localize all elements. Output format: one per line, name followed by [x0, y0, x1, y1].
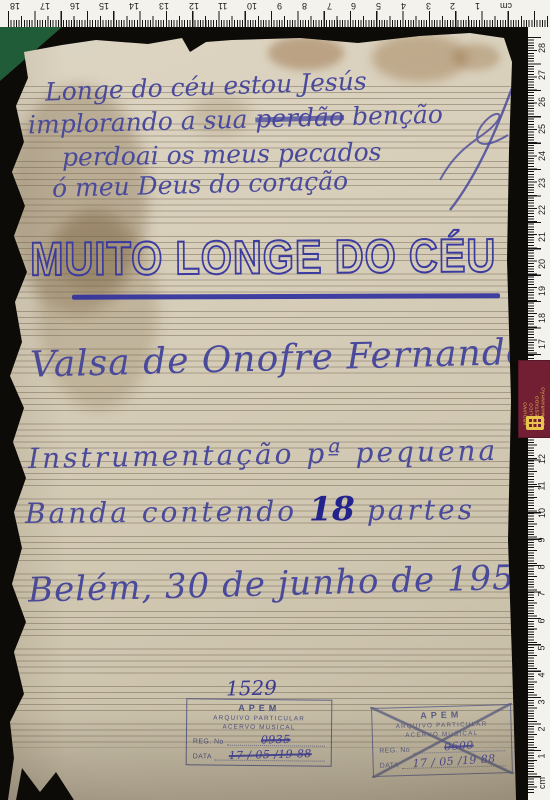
- date-label: DATA: [193, 753, 212, 760]
- stain: [452, 44, 500, 70]
- instrumentation-line-2-pre: Banda contendo: [25, 494, 309, 529]
- ruler-number: 1: [475, 1, 480, 11]
- scan-scene: Longe do céu estou Jesús implorando a su…: [0, 0, 550, 800]
- ruler-number: 2: [537, 726, 547, 731]
- ruler-number: 22: [537, 205, 547, 215]
- ruler-number: 11: [218, 1, 227, 11]
- ruler-number: 19: [537, 286, 547, 296]
- stamp-org: APEM: [193, 702, 325, 713]
- ruler-number: 14: [129, 1, 139, 11]
- ruler-number: 10: [247, 1, 257, 11]
- ruler-number: cm: [537, 777, 547, 789]
- ruler-number: 11: [537, 482, 547, 491]
- ruler-ticks-cm: [8, 11, 550, 27]
- manuscript-page: Longe do céu estou Jesús implorando a su…: [0, 0, 550, 800]
- date-value: 17 / 05 /19 88: [228, 748, 311, 761]
- ruler-number: 6: [351, 1, 356, 11]
- ruler-number: 17: [40, 1, 50, 11]
- parts-count: 18: [309, 489, 355, 528]
- struck-word: perdão: [255, 102, 344, 133]
- ruler-number: 4: [537, 672, 547, 677]
- ruler-right: 2827262524232221201918171613121110987654…: [528, 27, 550, 800]
- reg-value: 0600: [444, 740, 474, 753]
- ruler-number: 16: [70, 1, 80, 11]
- ruler-number: 12: [537, 454, 547, 464]
- ruler-number: 1: [537, 753, 547, 758]
- ruler-number: 2: [450, 1, 455, 11]
- ruler-number: 9: [537, 538, 547, 543]
- ruler-number: 5: [376, 1, 381, 11]
- archive-badge: ARQUIVOPÚBLICODO ESTADODO MARANHÃO: [518, 360, 550, 438]
- ruler-number: 18: [537, 313, 547, 323]
- ruler-number: 24: [537, 151, 547, 161]
- signature-flourish: [420, 80, 520, 215]
- archive-stamp-right: APEM ARQUIVO PARTICULAR ACERVO MUSICAL R…: [371, 704, 513, 777]
- instrumentation-line-2: Banda contendo 18 partes: [25, 488, 475, 531]
- ruler-number: 7: [537, 592, 547, 597]
- stamp-line: ACERVO MUSICAL: [193, 723, 325, 731]
- ruler-number: 25: [537, 124, 547, 134]
- ruler-number: 13: [159, 1, 169, 11]
- ruler-number: 3: [537, 699, 547, 704]
- ruler-top-numbers: 181716151413121110987654321cm: [10, 1, 512, 11]
- ruler-number: 18: [10, 1, 20, 11]
- stamp-line: ARQUIVO PARTICULAR: [193, 714, 325, 722]
- song-title: MUITO LONGE DO CÉU: [30, 230, 496, 287]
- ruler-number: 9: [277, 1, 282, 11]
- ruler-number: 8: [302, 1, 307, 11]
- ruler-top: 181716151413121110987654321cm: [0, 0, 550, 27]
- building-icon: [526, 416, 544, 430]
- ruler-number: 8: [537, 565, 547, 570]
- ruler-number: 12: [189, 1, 199, 11]
- instrumentation-line-2-post: partes: [355, 493, 475, 527]
- ruler-number: 4: [401, 1, 406, 11]
- reg-value: 0935: [261, 734, 291, 746]
- ruler-number: 15: [99, 1, 109, 11]
- ruler-number: 26: [537, 97, 547, 107]
- catalog-number: 1529: [226, 676, 277, 701]
- ruler-number: 20: [537, 259, 547, 269]
- ruler-number: 5: [537, 645, 547, 650]
- archive-stamp-center: APEM ARQUIVO PARTICULAR ACERVO MUSICAL R…: [186, 698, 333, 767]
- ruler-number: 27: [537, 70, 547, 80]
- ruler-number: 23: [537, 178, 547, 188]
- ruler-number: 28: [537, 43, 547, 53]
- ruler-number: 10: [537, 508, 547, 518]
- ruler-number: 6: [537, 618, 547, 623]
- ruler-number: 3: [426, 1, 431, 11]
- ruler-number: 21: [537, 232, 547, 242]
- ruler-number: 7: [327, 1, 332, 11]
- ruler-number: cm: [500, 1, 512, 11]
- stain: [268, 36, 344, 70]
- ruler-number: 17: [537, 339, 547, 349]
- verse-line-2-pre: implorando a sua: [28, 104, 256, 139]
- reg-label: REG. No: [193, 738, 224, 745]
